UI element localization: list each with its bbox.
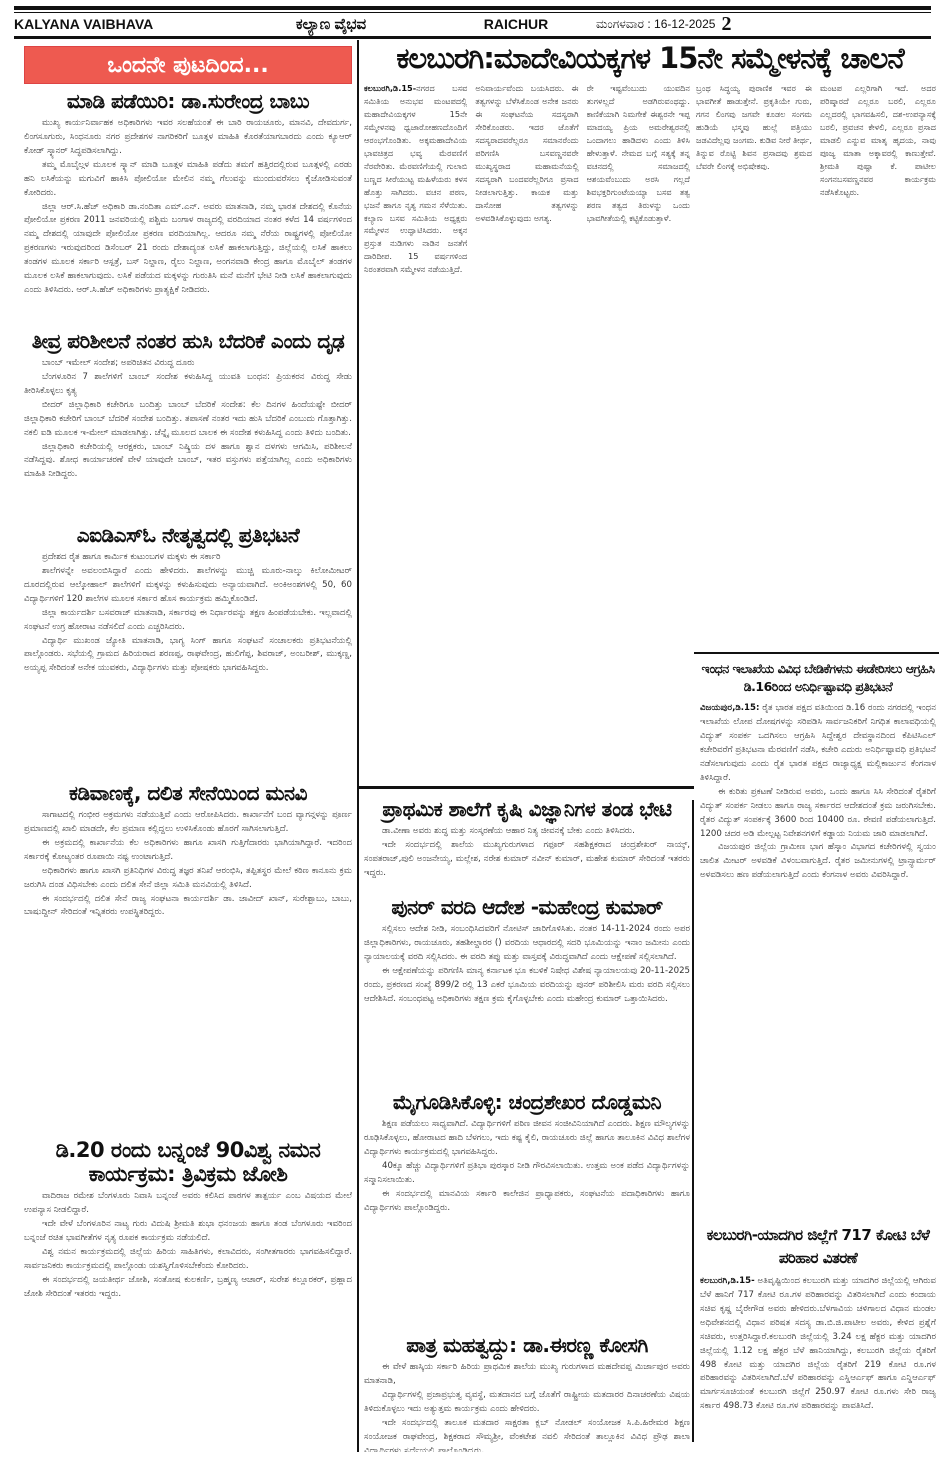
- article: ಕಡಿವಾಣಕ್ಕೆ, ದಲಿತ ಸೇನೆಯಿಂದ ಮನವಿ ಸಾಗಾಟದಲ್ಲ…: [24, 776, 352, 1132]
- article: ಇಂಧನ ಇಲಾಖೆಯ ವಿವಿಧ ಬೇಡಿಕೆಗಳನು ಈಡೇರಿಸಲು ಆಗ…: [700, 656, 936, 1216]
- page-number: 2: [721, 13, 731, 36]
- column-divider: [692, 800, 694, 1442]
- article: ಡಿ.20 ರಂದು ಬನ್ನಂಜೆ 90ವಿಶ್ವ ನಮನ ಕಾರ್ಯಕ್ರಮ…: [24, 1132, 352, 1450]
- dateline: ಕಲಬುರಗಿ,ಡಿ.15-: [700, 1276, 755, 1286]
- paragraph: ಬೆಂಗಳೂರಿನ 7 ಶಾಲೆಗಳಿಗೆ ಬಾಂಬ್ ಸಂದೇಶ ಕಳುಹಿಸ…: [24, 371, 352, 399]
- section-rule: [694, 652, 939, 654]
- article: ಕಲಬುರಗಿ-ಯಾದಗಿರ ಜಿಲ್ಲೆಗೆ 717 ಕೋಟಿ ಬೆಳೆ ಪರ…: [700, 1220, 936, 1452]
- paragraph: ಸಾಗಾಟದಲ್ಲಿ ಗಂಭೀರ ಅಕ್ರಮಗಳು ನಡೆಯುತ್ತಿವೆ ಎಂ…: [24, 809, 352, 837]
- paragraph: ಇದೇ ವೇಳೆ ಬೆಂಗಳೂರಿನ ನಾಟ್ಯ ಗುರು ವಿದುಷಿ ಶ್ರ…: [24, 1218, 352, 1246]
- continued-banner: ಒಂದನೇ ಪುಟದಿಂದ...: [24, 46, 352, 84]
- paragraph: ಇದೇ ಸಂದರ್ಭದಲ್ಲಿ ಶಾಲೆಯ ಮುಖ್ಯಗುರುಗಳಾದ ಗಫೂರ…: [364, 839, 690, 881]
- masthead: KALYANA VAIBHAVA ಕಲ್ಯಾಣ ವೈಭವ RAICHUR ಮಂಗ…: [14, 14, 931, 34]
- dateline: ಕಲಬುರಗಿ,ಡಿ.15-: [364, 83, 416, 93]
- dateline: ವಿಜಯಪುರ,ಡಿ.15:: [700, 703, 759, 713]
- article-headline[interactable]: ಮೈಗೂಡಿಸಿಕೊಳ್ಳಿ: ಚಂದ್ರಶೇಖರ ದೊಡ್ಡಮನಿ: [364, 1091, 690, 1114]
- masthead-rule: [14, 36, 931, 39]
- section-rule: [359, 786, 694, 789]
- paper-name-en: KALYANA VAIBHAVA: [14, 16, 204, 32]
- column-divider: [357, 40, 359, 1452]
- article-headline[interactable]: ತೀವ್ರ ಪರಿಶೀಲನೆ ನಂತರ ಹುಸಿ ಬೆದರಿಕೆ ಎಂದು ದೃ…: [24, 330, 352, 353]
- lead-body-right: ಬ್ರಂಥ ಸಿದ್ಧಯ್ಯ ಪುರಾಣಿಕ ಇವರ ಈ ಭಾವಗೀತೆ ಹಾಡ…: [696, 82, 936, 650]
- date-value: 16-12-2025: [654, 17, 715, 31]
- paragraph: ಜಿಲ್ಲಾ ಕಾರ್ಯದರ್ಶಿ ಬಸವರಾಜ್ ಮಾತನಾಡಿ, ಸರ್ಕಾ…: [24, 607, 352, 635]
- paragraph: ರೈತ ಭಾರತ ಪಕ್ಷದ ವತಿಯಿಂದ ಡಿ.16 ರಂದು ನಗರದಲ್…: [700, 703, 936, 783]
- paragraph: ಸಲ್ಲಿಸಲು ಆದೇಶ ನೀಡಿ, ಸಂಬಂಧಿಸಿದವರಿಗೆ ನೋಟಿಸ…: [364, 923, 690, 965]
- article: ಪಾತ್ರ ಮಹತ್ವದ್ದು: ಡಾ.ಈರಣ್ಣ ಕೋಸಗಿ ಈ ವೇಳೆ ಹ…: [364, 1328, 690, 1452]
- paragraph: ಶಾಲೆಗಳನ್ನೇ ಅವಲಂಬಿಸಿದ್ದಾರೆ ಎಂದು ಹೇಳಿದರು. …: [24, 565, 352, 607]
- paragraph: ಈ ಕುರಿತು ಪ್ರಕಟಣೆ ನೀಡಿರುವ ಅವರು, ಒಂದು ಹಾಗೂ…: [700, 786, 936, 842]
- article-headline[interactable]: ಡಿ.20 ರಂದು ಬನ್ನಂಜೆ 90ವಿಶ್ವ ನಮನ ಕಾರ್ಯಕ್ರಮ…: [24, 1138, 352, 1186]
- edition-date: ಮಂಗಳವಾರ : 16-12-2025: [596, 17, 715, 32]
- top-rule-thin: [14, 12, 931, 13]
- article-headline[interactable]: ಮಾಡಿ ಪಡೆಯಿರಿ: ಡಾ.ಸುರೇಂದ್ರ ಬಾಬು: [24, 90, 352, 113]
- lead-headline[interactable]: ಕಲಬುರಗಿ:ಮಾದೇವಿಯಕ್ಕಗಳ 15ನೇ ಸಮ್ಮೇಳನಕ್ಕೆ ಚಾ…: [364, 40, 936, 76]
- top-rule: [14, 6, 931, 10]
- paper-name-kn: ಕಲ್ಯಾಣ ವೈಭವ: [216, 16, 446, 33]
- article-headline[interactable]: ಪುನರ್ ವರದಿ ಆದೇಶ -ಮಹೇಂದ್ರ ಕುಮಾರ್: [364, 896, 690, 919]
- article: ಎಐಡಿಎಸ್‌ಓ ನೇತೃತ್ವದಲ್ಲಿ ಪ್ರತಿಭಟನೆ ಪ್ರದೇಶದ…: [24, 518, 352, 776]
- paragraph: ಡಾ.ವೀಣಾ ಅವರು ಶುದ್ಧ ಮತ್ತು ಸಂಸ್ಕರಣೆಯ ಆಹಾರ …: [364, 825, 690, 839]
- article-headline[interactable]: ಪಾತ್ರ ಮಹತ್ವದ್ದು: ಡಾ.ಈರಣ್ಣ ಕೋಸಗಿ: [364, 1334, 690, 1357]
- paragraph: ಜಿಲ್ಲಾ ಆರ್.ಸಿ.ಹೆಚ್ ಅಧಿಕಾರಿ ಡಾ.ನಂದಿತಾ ಎಮ್…: [24, 201, 352, 298]
- paragraph: ಅಧಿಕಾರಿಗಳು ಹಾಗೂ ಖಾಸಗಿ ಪ್ರತಿನಿಧಿಗಳ ವಿರುದ್…: [24, 865, 352, 893]
- paragraph: ಪ್ರದೇಶದ ರೈತ ಹಾಗೂ ಕಾರ್ಮಿಕ ಕುಟುಂಬಗಳ ಮಕ್ಕಳು…: [24, 551, 352, 565]
- paragraph: ವಾದಿರಾಜ ರಮೇಶ ಬೆಂಗಳೂರು ನಿವಾಸಿ ಬನ್ನಂಜೆ ಅವರ…: [24, 1190, 352, 1218]
- article: ಪುನರ್ ವರದಿ ಆದೇಶ -ಮಹೇಂದ್ರ ಕುಮಾರ್ ಸಲ್ಲಿಸಲು…: [364, 890, 690, 1080]
- lead-column: ರೇ ಇಷ್ಟವೆಂಬುದು ಯುವದಿನ ತುಗಳಲ್ಲದೆ ಅಡಗಿರುವಂ…: [587, 82, 690, 782]
- lead-column: ಅನಿವಾರ್ಯವೆಂದು ಬಯಸಿದರು. ಈ ತತ್ವಗಳನ್ನು ಬೆಳೆ…: [475, 82, 578, 782]
- article-headline[interactable]: ಕಡಿವಾಣಕ್ಕೆ, ದಲಿತ ಸೇನೆಯಿಂದ ಮನವಿ: [24, 782, 352, 805]
- paragraph: ಈ ಅಕ್ರಮದಲ್ಲಿ ಕಾರ್ಖಾನೆಯ ಕೆಲ ಅಧಿಕಾರಿಗಳು ಹಾ…: [24, 837, 352, 865]
- paragraph: ವಿದ್ಯಾರ್ಥಿಗಳಲ್ಲಿ ಪ್ರಜಾಪ್ರಭುತ್ವ ವ್ಯವಸ್ಥೆ,…: [364, 1389, 690, 1417]
- article: ಮೈಗೂಡಿಸಿಕೊಳ್ಳಿ: ಚಂದ್ರಶೇಖರ ದೊಡ್ಡಮನಿ ಶಿಕ್ಷ…: [364, 1085, 690, 1325]
- paragraph: ವಿದ್ಯಾರ್ಥಿ ಮುಖಂಡ ಜ್ಯೋತಿ ಮಾತನಾಡಿ, ಭಾಗ್ಯ ಸ…: [24, 635, 352, 677]
- article-headline[interactable]: ಪ್ರಾಥಮಿಕ ಶಾಲೆಗೆ ಕೃಷಿ ವಿಜ್ಞಾನಿಗಳ ತಂಡ ಭೇಟಿ: [364, 798, 690, 821]
- paragraph: ಬೀದರ್ ಜಿಲ್ಲಾಧಿಕಾರಿ ಕಚೇರಿಗೂ ಬಂದಿತ್ತು ಬಾಂಬ…: [24, 399, 352, 441]
- article-headline[interactable]: ಇಂಧನ ಇಲಾಖೆಯ ವಿವಿಧ ಬೇಡಿಕೆಗಳನು ಈಡೇರಿಸಲು ಆಗ…: [700, 660, 936, 696]
- article-headline[interactable]: ಎಐಡಿಎಸ್‌ಓ ನೇತೃತ್ವದಲ್ಲಿ ಪ್ರತಿಭಟನೆ: [24, 524, 352, 547]
- lead-column: ಬ್ರಂಥ ಸಿದ್ಧಯ್ಯ ಪುರಾಣಿಕ ಇವರ ಈ ಭಾವಗೀತೆ ಹಾಡ…: [696, 82, 812, 650]
- paragraph: ತಮ್ಮ ಮೊಬೈಲ್ಗಳ ಮೂಲಕ ಸ್ಕ್ಯಾನ್ ಮಾಡಿ ಬೂತ್ಗಳ …: [24, 159, 352, 201]
- article: ತೀವ್ರ ಪರಿಶೀಲನೆ ನಂತರ ಹುಸಿ ಬೆದರಿಕೆ ಎಂದು ದೃ…: [24, 324, 352, 518]
- article: ಮಾಡಿ ಪಡೆಯಿರಿ: ಡಾ.ಸುರೇಂದ್ರ ಬಾಬು ಮುಖ್ಯ ಕಾರ…: [24, 84, 352, 324]
- column-text: ನಗರದ ಬಸವ ಸಮಿತಿಯ ಅನುಭವ ಮಂಟಪದಲ್ಲಿ ಮಹಾದೇವಿಯ…: [364, 83, 467, 274]
- lead-body-left: ಕಲಬುರಗಿ,ಡಿ.15-ನಗರದ ಬಸವ ಸಮಿತಿಯ ಅನುಭವ ಮಂಟಪ…: [364, 82, 690, 782]
- paragraph: ಅತಿವೃಷ್ಟಿಯಿಂದ ಕಲಬುರಗಿ ಮತ್ತು ಯಾದಗಿರ ಜಿಲ್ಲ…: [700, 1276, 936, 1411]
- article: ಪ್ರಾಥಮಿಕ ಶಾಲೆಗೆ ಕೃಷಿ ವಿಜ್ಞಾನಿಗಳ ತಂಡ ಭೇಟಿ…: [364, 792, 690, 884]
- paragraph: ವಿಜಯಪುರ ಜಿಲ್ಲೆಯ ಗ್ರಾಮೀಣ ಭಾಗ ಹೆಸ್ಕಾಂ ವಿಭಾ…: [700, 841, 936, 883]
- paragraph: ಮುಖ್ಯ ಕಾರ್ಯನಿರ್ವಾಹಕ ಅಧಿಕಾರಿಗಳು ಇವರ ಸಲಹೆಯ…: [24, 117, 352, 159]
- paragraph: ಇದೇ ಸಂದರ್ಭದಲ್ಲಿ ತಾಲೂಕ ಮತದಾರ ಸಾಕ್ಷರತಾ ಕ್ಲ…: [364, 1417, 690, 1452]
- paragraph: ಈ ಸಂದರ್ಭದಲ್ಲಿ ಮಾನವಿಯ ಸರ್ಕಾರಿ ಕಾಲೇಜಿನ ಪ್ರ…: [364, 1188, 690, 1216]
- paragraph: ಈ ಆಕ್ಷೇಪಣೆಯನ್ನು ಪರಿಗಣಿಸಿ ಮಾನ್ಯ ಕರ್ನಾಟಕ ಭ…: [364, 965, 690, 1007]
- day-label: ಮಂಗಳವಾರ :: [596, 17, 651, 31]
- paragraph: ಈ ಸಂದರ್ಭದಲ್ಲಿ ಜಯತೀರ್ಥ ಜೋಶಿ, ಸಂತೋಷ ಕುಲಕರ್…: [24, 1274, 352, 1302]
- lead-column: ಮಂಟಪ ಎಲ್ಲರಿಗಾಗಿ ಇದೆ. ಅದರ ಪರಿಷ್ಕಾರದೆ ಎಲ್ಲ…: [820, 82, 936, 650]
- left-column: ಒಂದನೇ ಪುಟದಿಂದ... ಮಾಡಿ ಪಡೆಯಿರಿ: ಡಾ.ಸುರೇಂದ…: [24, 40, 352, 1450]
- paragraph: ಬಾಂಬ್ ಇಮೇಲ್ ಸಂದೇಶ; ಅಪರಿಚಿತನ ವಿರುದ್ಧ ದೂರು: [24, 357, 352, 371]
- paragraph: ಜಿಲ್ಲಾಧಿಕಾರಿ ಕಚೇರಿಯಲ್ಲಿ ಆರಕ್ಷಕರು, ಬಾಂಬ್ …: [24, 441, 352, 483]
- article-headline[interactable]: ಕಲಬುರಗಿ-ಯಾದಗಿರ ಜಿಲ್ಲೆಗೆ 717 ಕೋಟಿ ಬೆಳೆ ಪರ…: [700, 1224, 936, 1269]
- paragraph: 40ಕ್ಕೂ ಹೆಚ್ಚು ವಿದ್ಯಾರ್ಥಿಗಳಿಗೆ ಪ್ರತಿಭಾ ಪು…: [364, 1160, 690, 1188]
- edition-city: RAICHUR: [456, 16, 576, 32]
- paragraph: ಈ ವೇಳೆ ಹಾಸ್ಕಿಯ ಸರ್ಕಾರಿ ಹಿರಿಯ ಪ್ರಾಥಮಿಕ ಶಾ…: [364, 1361, 690, 1389]
- paragraph: ಶಿಕ್ಷಣ ಪಡೆಯಲು ಸಾಧ್ಯವಾಗಿದೆ. ವಿದ್ಯಾರ್ಥಿಗಳಿ…: [364, 1118, 690, 1160]
- paragraph: ಈ ಸಂದರ್ಭದಲ್ಲಿ ದಲಿತ ಸೇನೆ ರಾಜ್ಯ ಸಂಘಟನಾ ಕಾರ…: [24, 893, 352, 921]
- lead-column: ಕಲಬುರಗಿ,ಡಿ.15-ನಗರದ ಬಸವ ಸಮಿತಿಯ ಅನುಭವ ಮಂಟಪ…: [364, 82, 467, 782]
- paragraph: ವಿಶ್ವ ನಮನ ಕಾರ್ಯಕ್ರಮದಲ್ಲಿ ಜಿಲ್ಲೆಯ ಹಿರಿಯ ಸ…: [24, 1246, 352, 1274]
